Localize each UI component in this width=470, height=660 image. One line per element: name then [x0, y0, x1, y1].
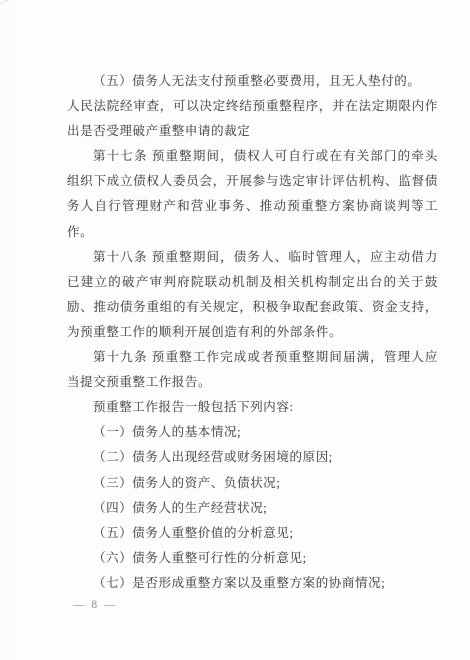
document-line: 为预重整工作的顺利开展创造有利的外部条件。 — [67, 320, 438, 345]
document-line: （一）债务人的基本情况; — [67, 420, 438, 445]
document-line: 已建立的破产审判府院联动机制及相关机构制定出台的关于鼓 — [67, 270, 438, 295]
document-line: （四）债务人的生产经营状况; — [67, 496, 438, 521]
document-line: （六）债务人重整可行性的分析意见; — [67, 546, 438, 571]
document-line: 作。 — [67, 220, 438, 245]
document-line: （五）债务人重整价值的分析意见; — [67, 521, 438, 546]
document-line: 第十七条 预重整期间，债权人可自行或在有关部门的牵头 — [67, 144, 438, 169]
document-line: 预重整工作报告一般包括下列内容: — [67, 395, 438, 420]
document-line: 务人自行管理财产和营业事务、推动预重整方案协商谈判等工 — [67, 194, 438, 219]
document-line: 出是否受理破产重整申请的裁定 — [67, 119, 438, 144]
document-line: 第十九条 预重整工作完成或者预重整期间届满，管理人应 — [67, 345, 438, 370]
scan-fold-artifact — [0, 0, 22, 7]
document-line: 人民法院经审查，可以决定终结预重整程序，并在法定期限内作 — [67, 94, 438, 119]
page-number: — 8 — — [73, 597, 118, 613]
document-line: （五）债务人无法支付预重整必要费用，且无人垫付的。 — [67, 69, 438, 94]
document-line: 励、推动债务重组的有关规定，积极争取配套政策、资金支持， — [67, 295, 438, 320]
document-line: 第十八条 预重整期间，债务人、临时管理人，应主动借力 — [67, 245, 438, 270]
document-text-block: （五）债务人无法支付预重整必要费用，且无人垫付的。人民法院经审查，可以决定终结预… — [67, 69, 438, 596]
document-page: （五）债务人无法支付预重整必要费用，且无人垫付的。人民法院经审查，可以决定终结预… — [0, 0, 470, 660]
document-line: 组织下成立债权人委员会，开展参与选定审计评估机构、监督债 — [67, 169, 438, 194]
document-line: （七）是否形成重整方案以及重整方案的协商情况; — [67, 571, 438, 596]
document-line: 当提交预重整工作报告。 — [67, 370, 438, 395]
document-line: （二）债务人出现经营或财务困境的原因; — [67, 445, 438, 470]
document-line: （三）债务人的资产、负债状况; — [67, 471, 438, 496]
